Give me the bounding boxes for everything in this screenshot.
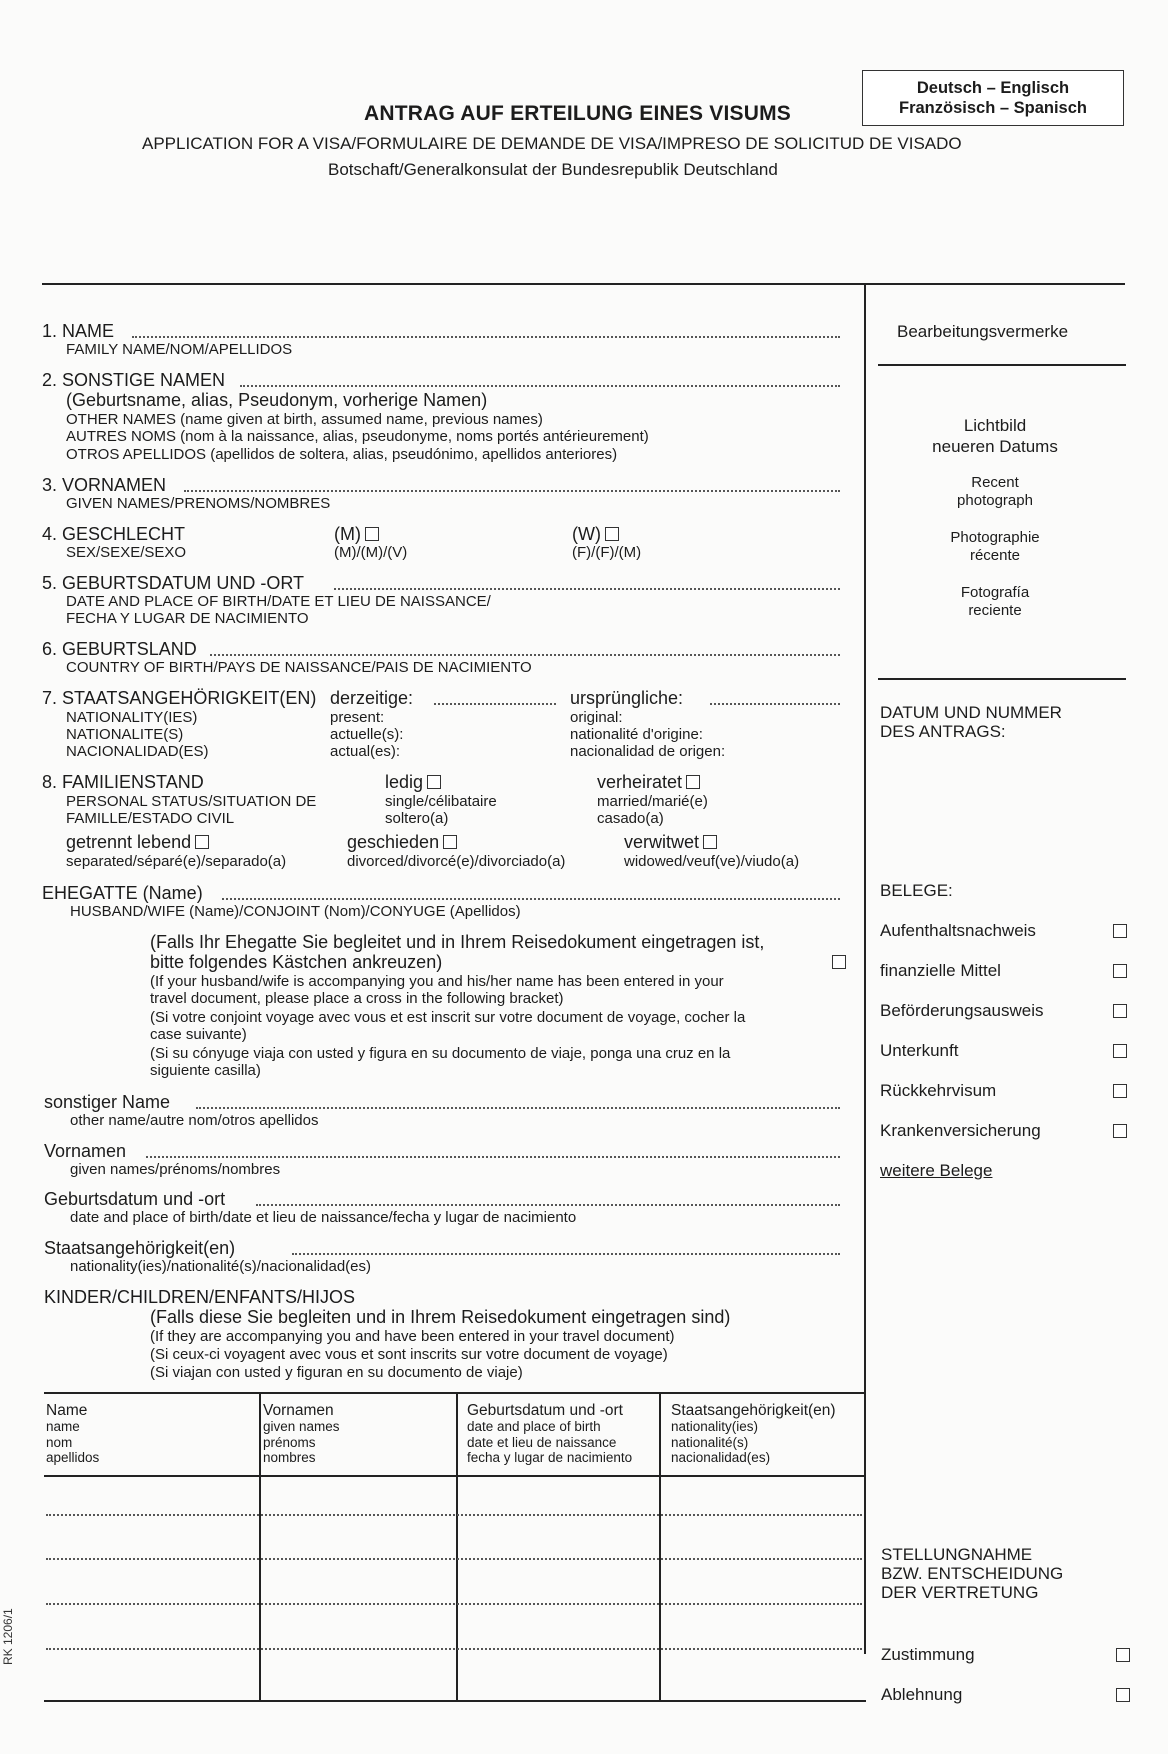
spouse-accompanying-checkbox[interactable] [832,955,846,969]
status-married-label: verheiratet [597,772,682,792]
field-3-input[interactable] [184,490,840,492]
sex-female-option[interactable]: (W) [572,525,619,544]
decision-heading-1: STELLUNGNAHME [881,1546,1032,1564]
status-widowed-sub: widowed/veuf(ve)/viudo(a) [624,854,799,870]
field-5-input[interactable] [334,588,840,590]
field-2-sub-es: OTROS APELLIDOS (apellidos de soltera, a… [66,447,617,463]
col-given-en: given names [263,1419,340,1435]
status-married-sub-2: casado(a) [597,811,664,827]
field-7-sub-1: NATIONALITY(IES) [66,710,197,726]
field-6-label: 6. GEBURTSLAND [42,640,197,659]
field-7-label: 7. STAATSANGEHÖRIGKEIT(EN) [42,689,316,708]
evidence-ticket-checkbox[interactable] [1113,1004,1127,1018]
col-header-name: Name name nom apellidos [46,1402,99,1466]
status-single-sub-2: soltero(a) [385,811,448,827]
col-name-fr: nom [46,1435,99,1451]
col-birth-fr: date et lieu de naissance [467,1435,632,1451]
status-separated-checkbox[interactable] [195,835,209,849]
field-1-input[interactable] [132,336,840,338]
spouse-birth-input[interactable] [256,1204,840,1206]
field-2-sub-en: OTHER NAMES (name given at birth, assume… [66,412,543,428]
field-5-sub-2: FECHA Y LUGAR DE NACIMIENTO [66,611,309,627]
col-given-fr: prénoms [263,1435,340,1451]
col-birth-es: fecha y lugar de nacimiento [467,1450,632,1466]
decision-heading-2: BZW. ENTSCHEIDUNG [881,1565,1063,1583]
original-nationality-label: ursprüngliche: [570,689,683,708]
status-married-option[interactable]: verheiratet [597,773,700,792]
evidence-residence-checkbox[interactable] [1113,924,1127,938]
children-note-de: (Falls diese Sie begleiten und in Ihrem … [150,1308,730,1327]
field-7-sub-2: NATIONALITE(S) [66,727,183,743]
given-names-input[interactable] [146,1156,840,1158]
present-nationality-input[interactable] [434,703,556,705]
given-names-label: Vornamen [44,1142,126,1161]
decision-reject-label: Ablehnung [881,1686,962,1704]
status-divorced-sub: divorced/divorcé(e)/divorciado(a) [347,854,565,870]
sex-female-label: (W) [572,524,601,544]
table-header-rule [44,1475,866,1477]
field-1-label: 1. NAME [42,322,114,341]
language-line-2: Französisch – Spanisch [863,98,1123,118]
col-header-given-names: Vornamen given names prénoms nombres [263,1402,340,1466]
field-8-sub-2: FAMILLE/ESTADO CIVIL [66,811,234,827]
child-row-1-input[interactable] [46,1514,862,1516]
evidence-return-visa-checkbox[interactable] [1113,1084,1127,1098]
present-sub-3: actual(es): [330,744,400,760]
field-6-sub: COUNTRY OF BIRTH/PAYS DE NAISSANCE/PAIS … [66,660,532,676]
evidence-accommodation-label: Unterkunft [880,1042,958,1060]
spouse-label: EHEGATTE (Name) [42,884,203,903]
present-sub-2: actuelle(s): [330,727,403,743]
spouse-birth-label: Geburtsdatum und -ort [44,1190,225,1209]
other-name-label: sonstiger Name [44,1093,170,1112]
sex-female-sub: (F)/(F)/(M) [572,545,641,561]
field-1-sub: FAMILY NAME/NOM/APELLIDOS [66,342,292,358]
field-7-sub-3: NACIONALIDAD(ES) [66,744,209,760]
processing-notes-heading: Bearbeitungsvermerke [897,323,1068,341]
child-row-4-input[interactable] [46,1648,862,1650]
status-married-checkbox[interactable] [686,775,700,789]
spouse-input[interactable] [222,898,840,900]
form-title: ANTRAG AUF ERTEILUNG EINES VISUMS [364,103,791,125]
processing-notes-rule [878,364,1126,366]
col-header-nationality: Staatsangehörigkeit(en) nationality(ies)… [671,1402,836,1466]
col-name-de: Name [46,1402,99,1419]
sex-male-sub: (M)/(M)/(V) [334,545,407,561]
form-subtitle: APPLICATION FOR A VISA/FORMULAIRE DE DEM… [142,135,962,153]
evidence-insurance-label: Krankenversicherung [880,1122,1041,1140]
field-4-sub: SEX/SEXE/SEXO [66,545,186,561]
evidence-return-visa-label: Rückkehrvisum [880,1082,996,1100]
issuing-authority: Botschaft/Generalkonsulat der Bundesrepu… [328,161,778,179]
spouse-note-es-2: siguiente casilla) [150,1063,261,1079]
col-name-es: apellidos [46,1450,99,1466]
language-box: Deutsch – Englisch Französisch – Spanisc… [862,70,1124,126]
col-given-de: Vornamen [263,1402,340,1419]
child-row-3-input[interactable] [46,1603,862,1605]
field-4-label: 4. GESCHLECHT [42,525,185,544]
given-names-sub: given names/prénoms/nombres [70,1162,280,1178]
col-birth-en: date and place of birth [467,1419,632,1435]
spouse-birth-sub: date and place of birth/date et lieu de … [70,1210,576,1226]
spouse-note-en-1: (If your husband/wife is accompanying yo… [150,974,724,990]
status-widowed-checkbox[interactable] [703,835,717,849]
evidence-residence-label: Aufenthaltsnachweis [880,922,1036,940]
original-sub-3: nacionalidad de origen: [570,744,725,760]
evidence-funds-label: finanzielle Mittel [880,962,1001,980]
evidence-accommodation-checkbox[interactable] [1113,1044,1127,1058]
photo-box: Lichtbild neueren Datums Recent photogra… [866,415,1124,620]
col-header-birth: Geburtsdatum und -ort date and place of … [467,1402,632,1466]
child-row-2-input[interactable] [46,1558,862,1560]
header-rule [42,283,1125,285]
language-line-1: Deutsch – Englisch [863,78,1123,98]
photo-label-es-1: Fotografía [866,584,1124,602]
field-5-label: 5. GEBURTSDATUM UND -ORT [42,574,304,593]
status-divorced-option[interactable]: geschieden [347,833,457,852]
field-3-sub: GIVEN NAMES/PRENOMS/NOMBRES [66,496,330,512]
status-widowed-option[interactable]: verwitwet [624,833,717,852]
date-number-2: DES ANTRAGS: [880,723,1006,741]
photo-label-en-1: Recent [866,474,1124,492]
status-divorced-label: geschieden [347,832,439,852]
col-name-en: name [46,1419,99,1435]
sex-male-option[interactable]: (M) [334,525,379,544]
spouse-note-fr-1: (Si votre conjoint voyage avec vous et e… [150,1010,745,1026]
field-6-input[interactable] [210,654,840,656]
spouse-nationality-sub: nationality(ies)/nationalité(s)/nacional… [70,1259,371,1275]
sex-male-label: (M) [334,524,361,544]
col-nat-en: nationality(ies) [671,1419,836,1435]
more-evidence-label: weitere Belege [880,1162,992,1180]
status-separated-option[interactable]: getrennt lebend [66,833,209,852]
table-col-divider-2 [456,1392,458,1700]
photo-label-es-2: reciente [866,602,1124,620]
field-2-label: 2. SONSTIGE NAMEN [42,371,225,390]
spouse-nationality-input[interactable] [292,1253,840,1255]
sex-male-checkbox[interactable] [365,527,379,541]
evidence-insurance-checkbox[interactable] [1113,1124,1127,1138]
field-8-sub-1: PERSONAL STATUS/SITUATION DE [66,794,316,810]
field-8-label: 8. FAMILIENSTAND [42,773,204,792]
photo-label-fr-1: Photographie [866,529,1124,547]
col-nat-de: Staatsangehörigkeit(en) [671,1402,836,1419]
spouse-sub: HUSBAND/WIFE (Name)/CONJOINT (Nom)/CONYU… [70,904,521,920]
spouse-note-fr-2: case suivante) [150,1027,247,1043]
date-number-1: DATUM UND NUMMER [880,704,1062,722]
present-nationality-label: derzeitige: [330,689,413,708]
children-note-es: (Si viajan con usted y figuran en su doc… [150,1365,523,1381]
field-5-sub-1: DATE AND PLACE OF BIRTH/DATE ET LIEU DE … [66,594,491,610]
children-note-fr: (Si ceux-ci voyagent avec vous et sont i… [150,1347,668,1363]
status-single-sub-1: single/célibataire [385,794,497,810]
spouse-note-de-1: (Falls Ihr Ehegatte Sie begleitet und in… [150,933,764,952]
spouse-note-en-2: travel document, please place a cross in… [150,991,564,1007]
sex-female-checkbox[interactable] [605,527,619,541]
evidence-funds-checkbox[interactable] [1113,964,1127,978]
original-nationality-input[interactable] [710,703,840,705]
present-sub-1: present: [330,710,384,726]
evidence-ticket-label: Beförderungsausweis [880,1002,1043,1020]
table-col-divider-1 [259,1392,261,1700]
photo-label-en-2: photograph [866,492,1124,510]
children-heading: KINDER/CHILDREN/ENFANTS/HIJOS [44,1288,355,1307]
field-2-sub-de: (Geburtsname, alias, Pseudonym, vorherig… [66,391,487,410]
photo-label-de-2: neueren Datums [866,436,1124,457]
status-divorced-checkbox[interactable] [443,835,457,849]
table-bottom-rule [44,1700,866,1702]
field-2-sub-fr: AUTRES NOMS (nom à la naissance, alias, … [66,429,649,445]
col-nat-fr: nationalité(s) [671,1435,836,1451]
other-name-input[interactable] [196,1107,840,1109]
original-sub-1: original: [570,710,623,726]
form-code: RK 1206/1 [2,1608,15,1665]
other-name-sub: other name/autre nom/otros apellidos [70,1113,318,1129]
field-3-label: 3. VORNAMEN [42,476,166,495]
spouse-note-de-2: bitte folgendes Kästchen ankreuzen) [150,953,442,972]
status-single-option[interactable]: ledig [385,773,441,792]
evidence-heading: BELEGE: [880,882,953,900]
decision-reject-checkbox[interactable] [1116,1688,1130,1702]
status-single-checkbox[interactable] [427,775,441,789]
photo-label-fr-2: récente [866,547,1124,565]
col-given-es: nombres [263,1450,340,1466]
decision-heading-3: DER VERTRETUNG [881,1584,1038,1602]
spouse-nationality-label: Staatsangehörigkeit(en) [44,1239,235,1258]
photo-bottom-rule [878,678,1126,680]
photo-label-de-1: Lichtbild [866,415,1124,436]
children-note-en: (If they are accompanying you and have b… [150,1329,674,1345]
status-separated-sub: separated/séparé(e)/separado(a) [66,854,286,870]
status-married-sub-1: married/marié(e) [597,794,708,810]
field-2-input[interactable] [240,385,840,387]
status-single-label: ledig [385,772,423,792]
decision-approve-label: Zustimmung [881,1646,975,1664]
decision-approve-checkbox[interactable] [1116,1648,1130,1662]
table-col-divider-3 [659,1392,661,1700]
col-nat-es: nacionalidad(es) [671,1450,836,1466]
status-widowed-label: verwitwet [624,832,699,852]
col-birth-de: Geburtsdatum und -ort [467,1402,632,1419]
table-top-rule [44,1392,866,1394]
spouse-note-es-1: (Si su cónyuge viaja con usted y figura … [150,1046,730,1062]
original-sub-2: nationalité d'origine: [570,727,703,743]
status-separated-label: getrennt lebend [66,832,191,852]
